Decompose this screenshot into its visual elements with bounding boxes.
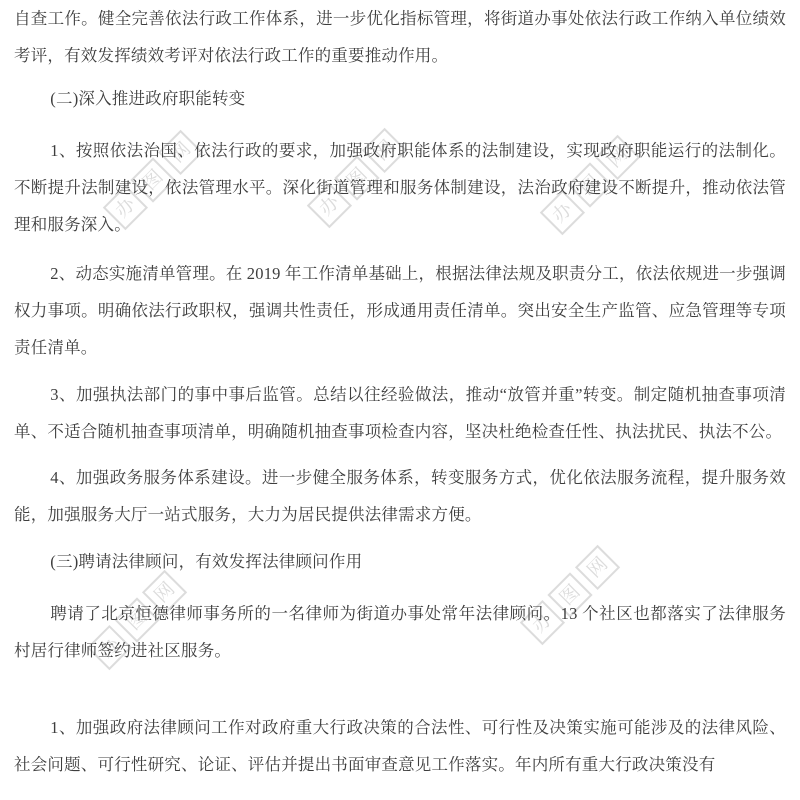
paragraph: 3、加强执法部门的事中事后监管。总结以往经验做法，推动“放管并重”转变。制定随机…	[14, 376, 786, 450]
document-page: 办图网办图网办图网办图网办图网 自查工作。健全完善依法行政工作体系，进一步优化指…	[0, 0, 800, 800]
paragraph: 自查工作。健全完善依法行政工作体系，进一步优化指标管理，将街道办事处依法行政工作…	[14, 0, 786, 74]
section-heading: (三)聘请法律顾问，有效发挥法律顾问作用	[14, 543, 786, 580]
paragraph: 1、加强政府法律顾问工作对政府重大行政决策的合法性、可行性及决策实施可能涉及的法…	[14, 709, 786, 783]
section-heading: (二)深入推进政府职能转变	[14, 80, 786, 117]
paragraph: 1、按照依法治国、依法行政的要求，加强政府职能体系的法制建设，实现政府职能运行的…	[14, 132, 786, 243]
paragraph: 4、加强政务服务体系建设。进一步健全服务体系，转变服务方式，优化依法服务流程，提…	[14, 459, 786, 533]
document-body: 自查工作。健全完善依法行政工作体系，进一步优化指标管理，将街道办事处依法行政工作…	[0, 0, 800, 783]
paragraph: 聘请了北京恒德律师事务所的一名律师为街道办事处常年法律顾问。13 个社区也都落实…	[14, 595, 786, 669]
paragraph: 2、动态实施清单管理。在 2019 年工作清单基础上，根据法律法规及职责分工，依…	[14, 255, 786, 366]
